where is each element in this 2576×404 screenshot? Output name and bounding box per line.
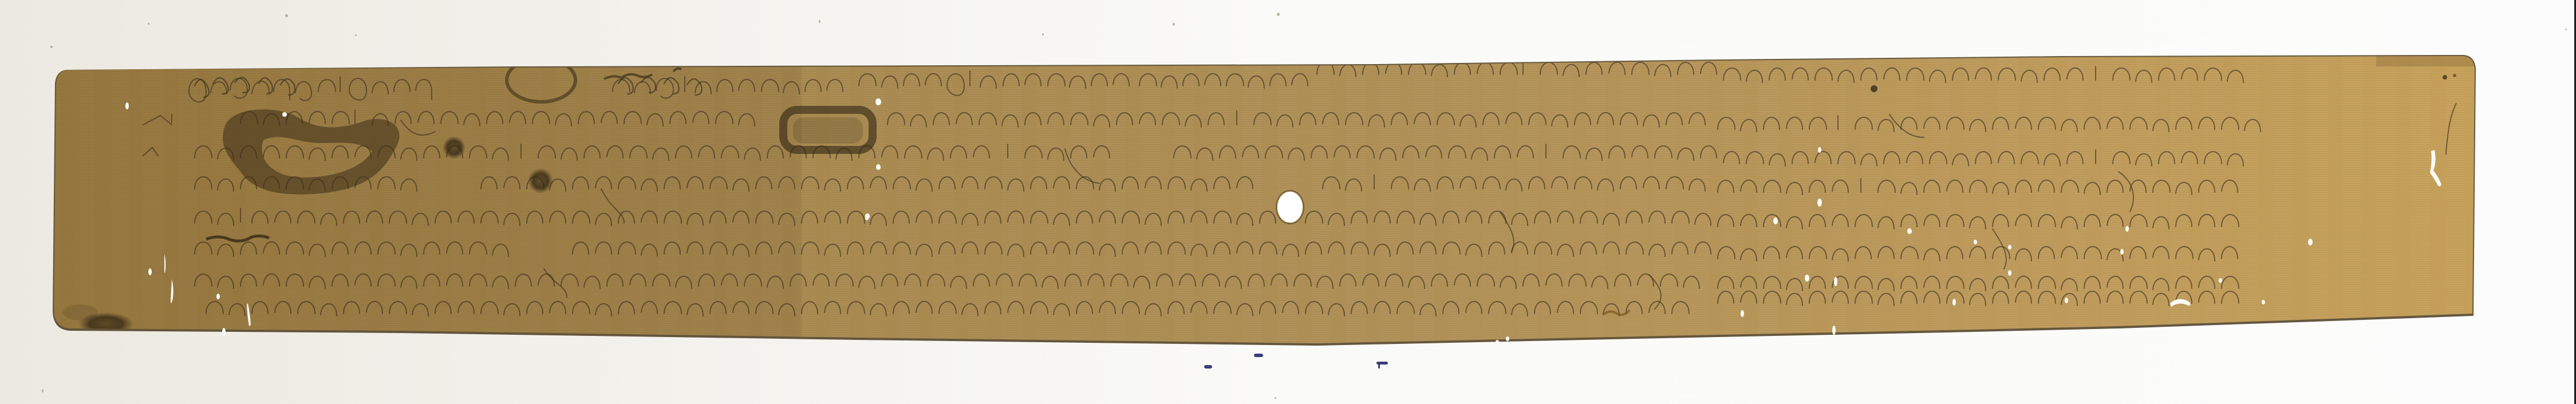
- string-hole: [1277, 192, 1303, 223]
- spot-stain: [528, 168, 553, 193]
- palm-leaf-folio: [0, 0, 2576, 404]
- spot-stain: [443, 136, 466, 159]
- edge-stain: [63, 304, 97, 320]
